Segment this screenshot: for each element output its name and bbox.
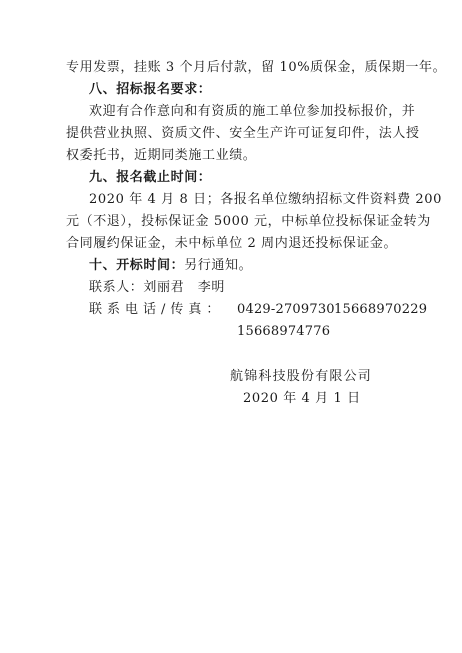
payment-terms-text: 专用发票，挂账 3 个月后付款，留 10%质保金，质保期一年。 [66,60,446,76]
section-10-heading: 十、开标时间： [89,258,184,273]
section-9-paragraph-line-2: 元（不退），投标保证金 5000 元，中标单位投标保证金转为 [66,214,431,230]
document-page: 专用发票，挂账 3 个月后付款，留 10%质保金，质保期一年。 八、招标报名要求… [0,0,462,653]
section-10-line: 十、开标时间：另行通知。 [89,258,252,274]
phone-number-3: 15668974776 [237,324,330,340]
section-8-paragraph-line-3: 权委托书，近期同类施工业绩。 [66,148,256,164]
section-9-paragraph-line-3: 合同履约保证金，未中标单位 2 周内退还投标保证金。 [66,236,397,252]
phone-number-2: 15668970229 [334,302,427,318]
contact-persons: 联系人：刘丽君 李明 [89,280,225,296]
section-9-heading: 九、报名截止时间： [89,170,211,186]
section-8-paragraph-line-1: 欢迎有合作意向和有资质的施工单位参加投标报价，并 [89,104,415,120]
phone-label: 联系电话/传真： [89,302,224,317]
signature-date: 2020 年 4 月 1 日 [243,391,361,407]
phone-line: 联系电话/传真： 0429-2709730 15668970229 [89,302,224,318]
section-10-value: 另行通知。 [184,258,252,273]
section-8-paragraph-line-2: 提供营业执照、资质文件、安全生产许可证复印件，法人授 [66,126,420,142]
section-8-heading: 八、招标报名要求： [89,82,211,98]
signature-company: 航锦科技股份有限公司 [230,369,372,385]
phone-number-1: 0429-2709730 [237,302,335,318]
section-9-paragraph-line-1: 2020 年 4 月 8 日；各报名单位缴纳招标文件资料费 200 [89,192,442,208]
